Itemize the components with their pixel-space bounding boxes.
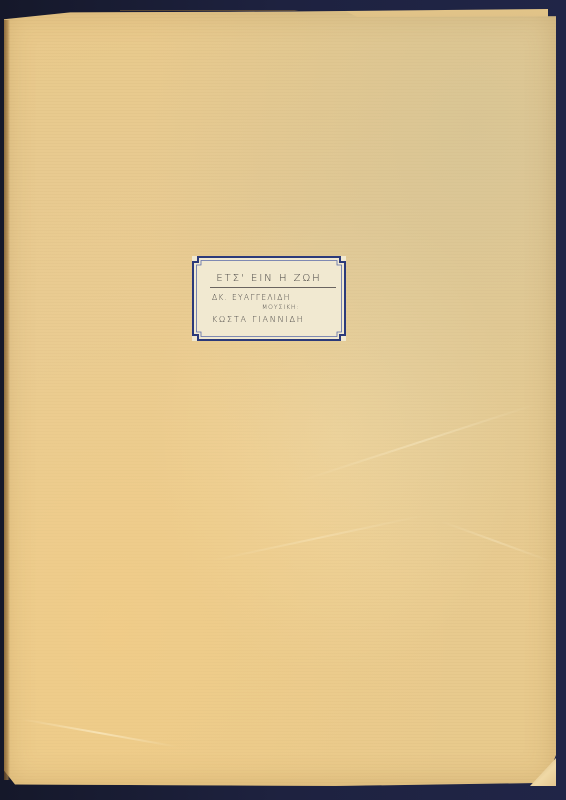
cover-spine-edge [4, 20, 10, 780]
music-heading: ΜΟΥΣΙΚΗ: [262, 304, 346, 311]
title-label: ΕΤΣ' ΕΙΝ Η ΖΩΗ ΔΚ. ΕΥΑΓΓΕΛΙΔΗ ΜΟΥΣΙΚΗ: Κ… [192, 256, 346, 341]
lyricist-name: ΔΚ. ΕΥΑΓΓΕΛΙΔΗ [212, 293, 346, 302]
song-title: ΕΤΣ' ΕΙΝ Η ΖΩΗ [192, 273, 346, 284]
folder-cover [4, 10, 556, 786]
composer-name: ΚΩΣΤΑ ΓΙΑΝΝΙΔΗ [212, 315, 346, 324]
title-underline [210, 287, 336, 288]
